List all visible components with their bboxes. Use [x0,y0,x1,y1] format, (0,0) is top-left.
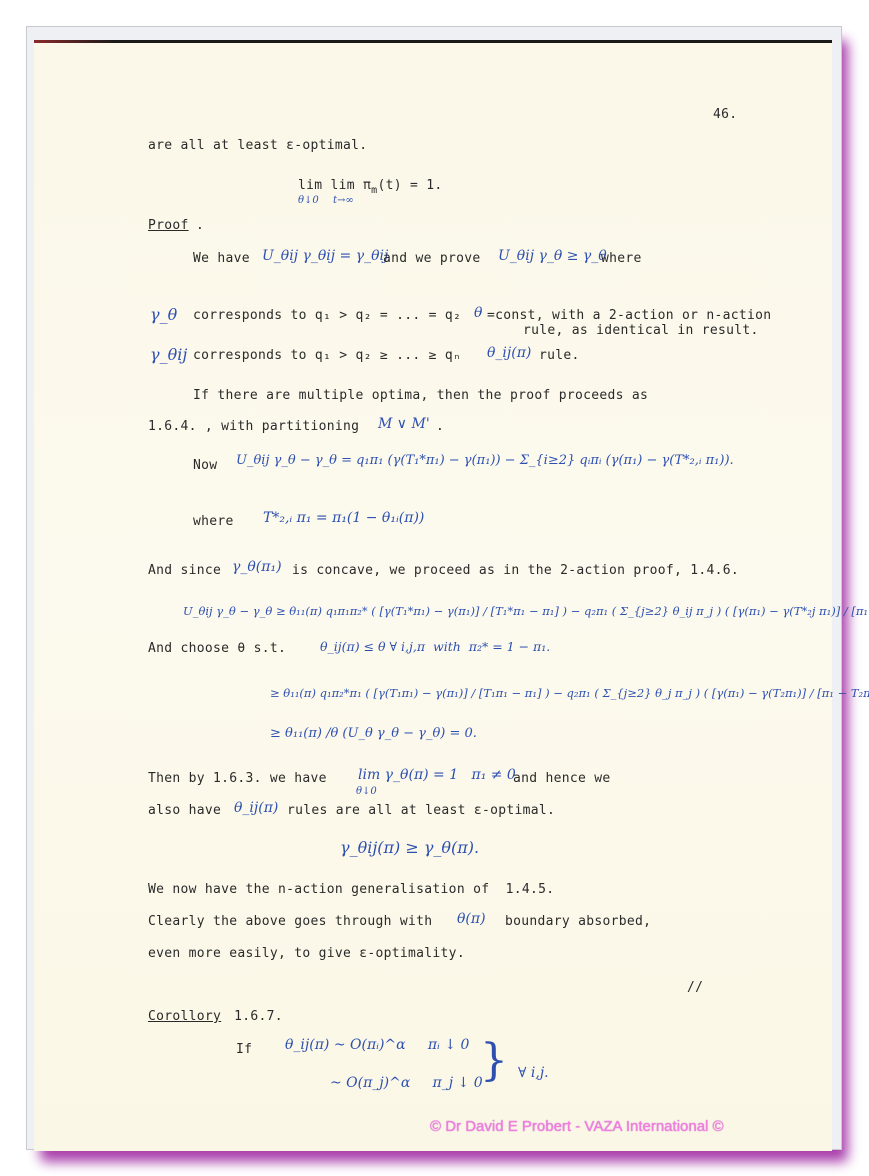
math-condition: θ_ij(π) ~ O(πᵢ)^α πᵢ ↓ 0 [285,1037,469,1053]
text-concave: is concave, we proceed as in the 2-actio… [292,563,739,578]
brace: } [480,1035,508,1086]
math-gamma-theta: γ_θ [150,305,177,324]
math-partition: M ∨ M' [378,416,430,432]
corollary-heading: Corollory [148,1009,221,1024]
text-line: If there are multiple optima, then the p… [193,388,648,403]
math-theta: θ(π) [457,911,486,927]
text-line: even more easily, to give ε-optimality. [148,946,465,961]
text-then: Then by 1.6.3. we have [148,771,327,786]
limit-text: lim lim π [298,178,371,193]
proof-dot: . [196,218,204,233]
limit-under-theta: θ↓0 [298,195,319,206]
math-condition: θ_ij(π) ≤ θ ∀ i,j,π with π₂* = 1 − π₁. [320,639,550,654]
math-inequality: U_θij γ_θ − γ_θ ≥ θ₁₁(π) q₁π₁π₂* ( [γ(T₁… [183,604,869,618]
math-equation: T*₂,ᵢ π₁ = π₁(1 − θ₁ᵢ(π)) [263,510,424,526]
text-also-have: also have [148,803,221,818]
text-where: where [193,514,234,529]
text-clearly: Clearly the above goes through with [148,914,432,929]
proof-heading: Proof [148,218,189,233]
text-line: are all at least ε-optimal. [148,138,367,153]
math-limit-under: θ↓0 [356,786,377,797]
math-handwritten: U_θij γ_θ ≥ γ_θ [498,248,607,264]
math-theta: θ [474,305,482,321]
text-and-we-prove: and we prove [383,251,481,266]
text-boundary: boundary absorbed, [505,914,651,929]
math-gamma-ij: γ_θij [150,345,187,364]
text-we-have: We have [193,251,250,266]
text-and-hence: and hence we [513,771,611,786]
text-corresponds: corresponds to q₁ > q₂ ≥ ... ≥ qₙ [193,348,461,363]
math-gamma: γ_θ(π₁) [232,559,282,575]
qed-mark: // [687,980,703,995]
math-condition: ~ O(π_j)^α π_j ↓ 0 [330,1075,483,1091]
copyright-watermark: © Dr David E Probert - VAZA Internationa… [430,1118,724,1135]
math-theta-ij: θ_ij(π) [487,345,531,361]
limit-under-t: t→∞ [333,195,354,206]
math-equation: U_θij γ_θ − γ_θ = q₁π₁ (γ(T₁*π₁) − γ(π₁)… [236,453,734,468]
text-const: =const, with a 2-action or n-action [487,308,771,323]
math-theta-ij: θ_ij(π) [234,800,278,816]
text-corresponds: corresponds to q₁ > q₂ = ... = q₂ [193,308,461,323]
document-page [34,40,832,1151]
text-rules: rules are all at least ε-optimal. [287,803,555,818]
text-const-cont: rule, as identical in result. [523,323,759,338]
text-line: We now have the n-action generalisation … [148,882,554,897]
math-forall: ∀ i,j. [518,1065,549,1081]
math-inequality: ≥ θ₁₁(π) q₁π₂*π₁ ( [γ(T₁π₁) − γ(π₁)] / [… [270,686,869,700]
limit-expression: lim lim πm(t) = 1. [298,178,442,196]
limit-tail: (t) = 1. [377,178,442,193]
math-limit: lim γ_θ(π) = 1 π₁ ≠ 0 [358,767,516,783]
text-rule: rule. [539,348,580,363]
text-if: If [236,1042,252,1057]
math-handwritten: U_θij γ_θij = γ_θij [262,248,388,264]
math-inequality: γ_θij(π) ≥ γ_θ(π). [340,838,479,857]
corollary-number: 1.6.7. [226,1009,283,1024]
page-number: 46. [713,107,737,122]
text-where: where [601,251,642,266]
text-and-choose: And choose θ s.t. [148,641,286,656]
text-partition: 1.6.4. , with partitioning [148,419,359,434]
text-and-since: And since [148,563,221,578]
text-now: Now [193,458,217,473]
text-period: . [436,419,444,434]
math-inequality: ≥ θ₁₁(π) /θ (U_θ γ_θ − γ_θ) = 0. [270,726,477,741]
